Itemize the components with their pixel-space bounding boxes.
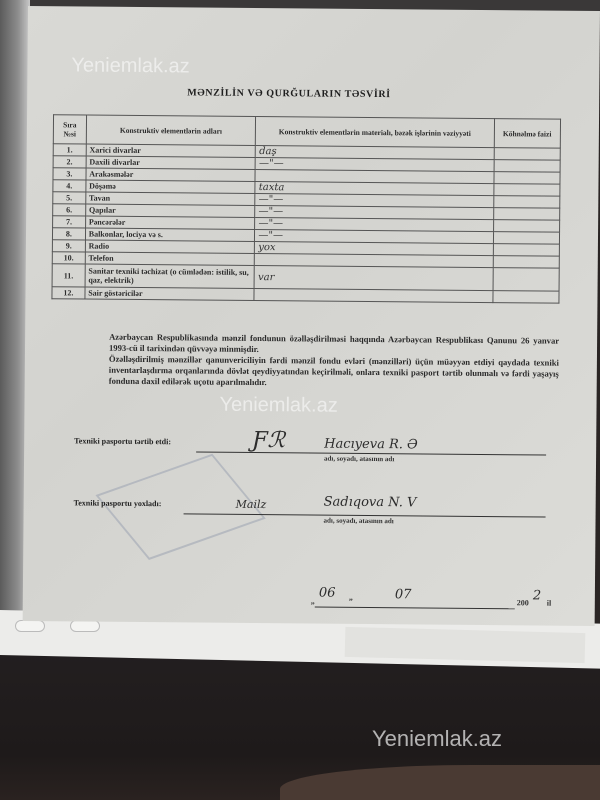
row-number: 5.: [53, 192, 86, 204]
date-close-quote: ”: [349, 597, 353, 606]
date-year-unit: il: [547, 599, 552, 608]
row-material: [254, 288, 492, 302]
row-element-name: Sair göstəricilər: [85, 287, 255, 300]
document-page: MƏNZİLİN VƏ QURĞULARIN TƏSVİRİ Sıra №si …: [23, 6, 600, 626]
checked-by-label: Texniki pasportu yoxladı:: [74, 498, 162, 508]
binder-hole: [15, 620, 45, 632]
row-number: 6.: [53, 204, 86, 216]
name-caption: adı, soyadı, atasının adı: [324, 455, 394, 464]
row-wear: [493, 268, 560, 292]
signature-checker: Mailz: [236, 498, 267, 511]
header-material: Konstruktiv elementlərin materialı, bəzə…: [256, 116, 494, 147]
header-element-name: Konstruktiv elementlərin adları: [86, 115, 256, 145]
date-day: 06: [319, 586, 336, 601]
table-header-row: Sıra №si Konstruktiv elementlərin adları…: [53, 115, 560, 148]
elements-table: Sıra №si Konstruktiv elementlərin adları…: [51, 114, 561, 303]
row-number: 4.: [53, 180, 86, 192]
row-wear: [493, 196, 560, 209]
row-wear: [494, 160, 561, 173]
row-number: 12.: [52, 287, 85, 299]
row-element-name: Sanitar texniki təchizat (o cümlədən: is…: [85, 264, 255, 288]
row-wear: [493, 256, 560, 269]
watermark: Yeniemlak.az: [372, 726, 502, 752]
page-title: MƏNZİLİN VƏ QURĞULARIN TƏSVİRİ: [187, 87, 391, 100]
watermark: Yeniemlak.az: [71, 54, 189, 78]
legal-paragraph: Azərbaycan Respublikasında mənzil fondun…: [39, 331, 559, 391]
date-open-quote: „: [311, 596, 315, 605]
paragraph-2: Özəlləşdirilmiş mənzillər qanunvericiliy…: [39, 353, 559, 391]
row-material: var: [254, 265, 492, 290]
row-wear: [493, 232, 560, 245]
name-caption: adı, soyadı, atasının adı: [323, 517, 393, 526]
compiler-name: Hacıyeva R. Ə: [324, 437, 418, 453]
row-number: 9.: [52, 240, 85, 252]
row-wear: [494, 148, 561, 161]
header-number: Sıra №si: [53, 115, 86, 144]
row-wear: [493, 184, 560, 197]
under-sheet-edge: [345, 627, 586, 663]
row-wear: [492, 291, 559, 304]
row-wear: [493, 220, 560, 233]
row-number: 8.: [52, 228, 85, 240]
row-number: 10.: [52, 252, 85, 264]
signature-compiler: Ƒℛ: [252, 428, 285, 453]
row-number: 1.: [53, 144, 86, 156]
header-wear: Köhnəlmə faizi: [494, 119, 561, 149]
date-year-prefix: 200: [517, 598, 529, 607]
row-number: 2.: [53, 156, 86, 168]
compiled-by-label: Texniki pasportu tərtib etdi:: [74, 436, 171, 446]
row-wear: [493, 244, 560, 257]
watermark: Yeniemlak.az: [219, 394, 337, 418]
date-month: 07: [395, 587, 412, 602]
binder-hole: [70, 620, 100, 632]
row-wear: [493, 208, 560, 221]
checker-name: Sadıqova N. V: [324, 495, 417, 511]
row-number: 11.: [52, 264, 85, 287]
row-number: 3.: [53, 168, 86, 180]
row-number: 7.: [53, 216, 86, 228]
date-line: [315, 607, 515, 610]
date-year-suffix: 2: [533, 588, 541, 603]
row-wear: [493, 172, 560, 185]
